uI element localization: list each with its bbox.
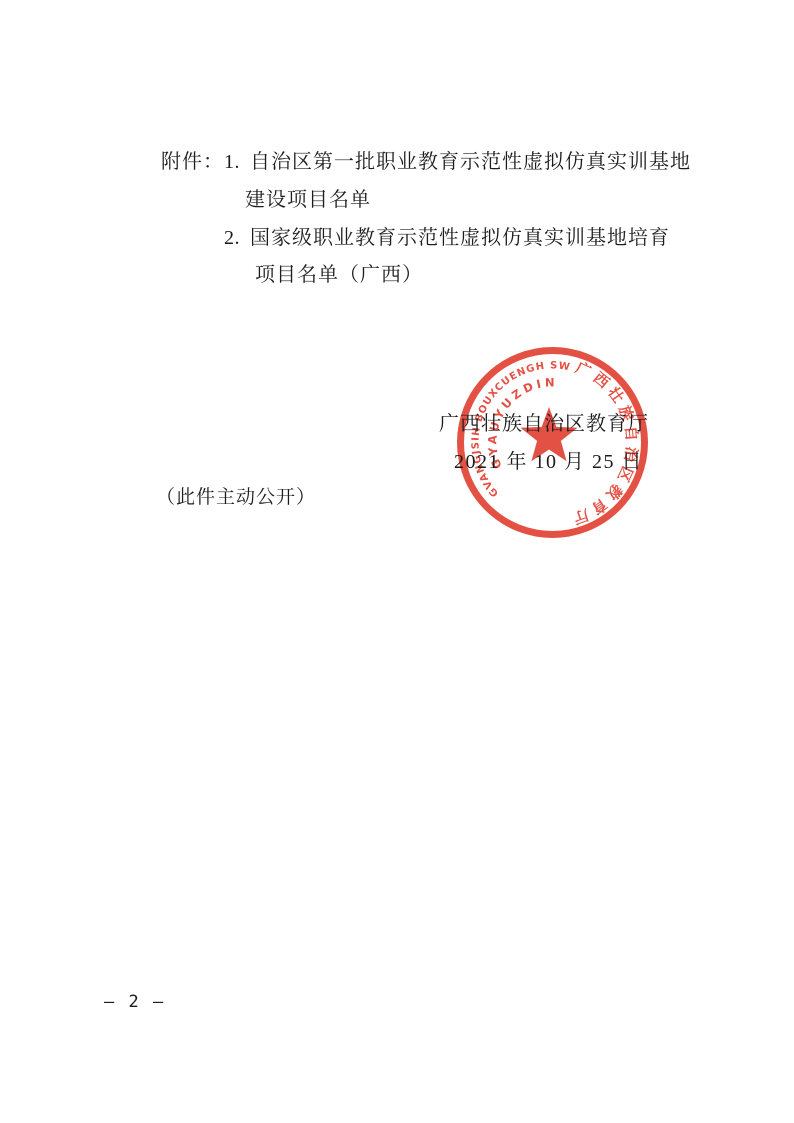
page-number: — 2 — [104,990,165,1014]
attachment-line-3: 2.国家级职业教育示范性虚拟仿真实训基地培育 [224,226,670,250]
attachment-item-number: 2. [224,227,240,249]
signature-date: 2021 年 10 月 25 日 [454,450,643,474]
official-seal: GVANGJSIH BOUXCUENGH SWCIGIH GYAUYUZDING… [448,338,658,548]
issuer-name: 广西壮族自治区教育厅 [439,412,649,436]
attachment-item-2-title-cont: 项目名单（广西） [255,263,423,287]
attachment-item-2-title: 国家级职业教育示范性虚拟仿真实训基地培育 [250,227,670,249]
attachment-item-1-title-cont: 建设项目名单 [245,188,371,212]
attachment-line-1: 附件：1.自治区第一批职业教育示范性虚拟仿真实训基地 [161,150,691,174]
seal-chinese-text: 广西壮族自治区教育厅 [567,358,641,528]
attachment-item-1-title: 自治区第一批职业教育示范性虚拟仿真实训基地 [250,151,691,173]
attachment-label: 附件： [161,151,224,173]
disclosure-note: （此件主动公开） [156,486,316,510]
attachment-item-number: 1. [224,151,240,173]
document-page: 附件：1.自治区第一批职业教育示范性虚拟仿真实训基地 建设项目名单 2.国家级职… [0,0,794,1123]
